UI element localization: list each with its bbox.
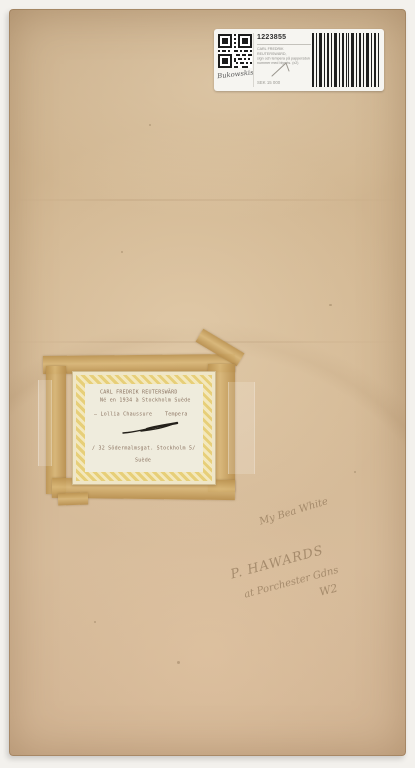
pencil-check-icon xyxy=(266,56,298,80)
stain-speck xyxy=(121,251,123,253)
photo-of-painting-verso: Bukowskis 1223855 CARL FREDRIK REUTERSWÄ… xyxy=(0,0,415,768)
label-medium: Tempera xyxy=(165,411,188,417)
clear-tape-right xyxy=(228,382,255,474)
bukowskis-logo: Bukowskis xyxy=(217,68,263,80)
label-country: Suède xyxy=(135,457,151,463)
label-artist-name: CARL FREDRIK REUTERSWÄRD xyxy=(100,389,178,395)
sticker-lot-number: 1223855 xyxy=(257,34,286,41)
artist-label: CARL FREDRIK REUTERSWÄRD Né en 1934 à St… xyxy=(72,371,216,485)
label-address: / 32 Södermalmsgat. Stockholm 5/ xyxy=(92,445,196,451)
barcode-icon xyxy=(312,33,380,87)
masking-tape-tab xyxy=(58,492,88,505)
label-artist-born: Né en 1934 à Stockholm Suède xyxy=(100,397,191,403)
stain-speck xyxy=(329,304,332,306)
water-stain-tideline xyxy=(9,199,406,201)
label-yellow-border: CARL FREDRIK REUTERSWÄRD Né en 1934 à St… xyxy=(76,375,212,481)
sticker-divider xyxy=(253,33,254,87)
qr-code-icon xyxy=(218,34,252,68)
ink-scribble-icon xyxy=(121,420,185,438)
clear-tape-left xyxy=(38,380,52,466)
stain-speck xyxy=(149,124,151,126)
label-text-area: CARL FREDRIK REUTERSWÄRD Né en 1934 à St… xyxy=(85,384,203,472)
stain-speck xyxy=(177,661,180,664)
sticker-rule xyxy=(257,44,311,45)
auction-sticker: Bukowskis 1223855 CARL FREDRIK REUTERSWÄ… xyxy=(214,29,384,91)
label-work-title: — Lollia Chaussure xyxy=(94,411,152,417)
stain-speck xyxy=(94,621,96,623)
stain-speck xyxy=(354,471,356,473)
sticker-estimate: SEK 15 000 xyxy=(257,81,280,85)
